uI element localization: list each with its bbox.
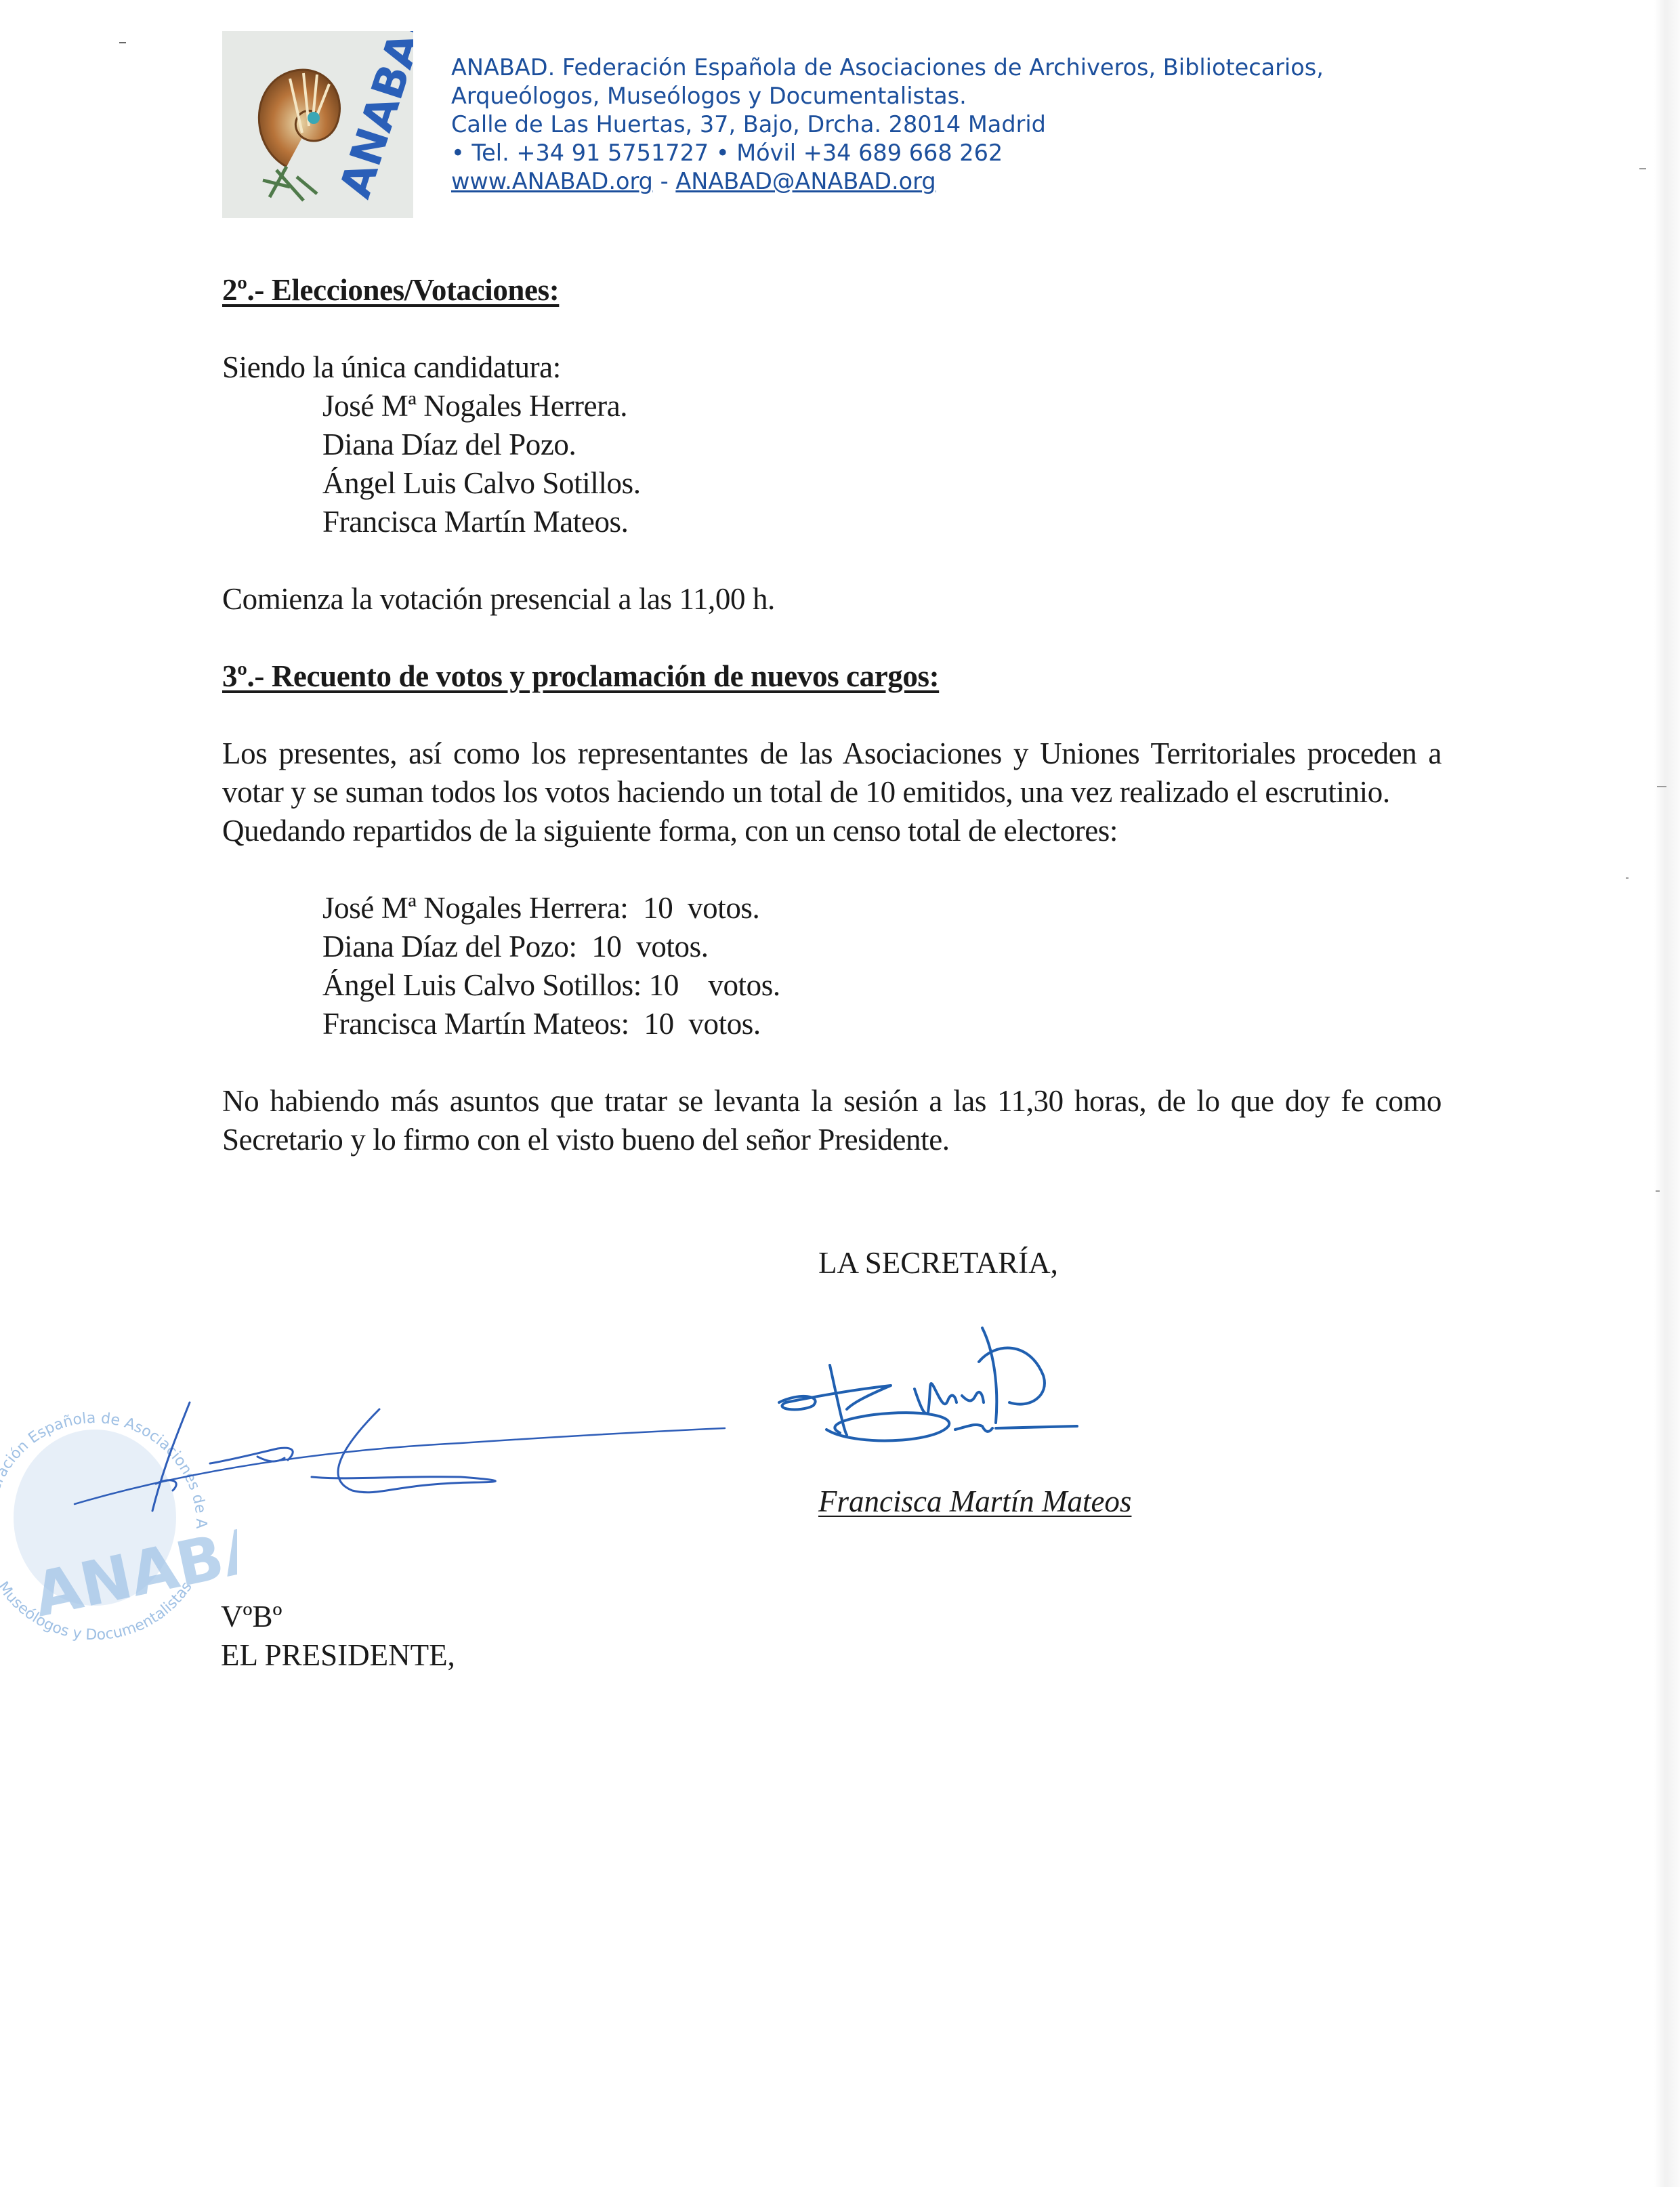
anabad-logo: ANABAD xyxy=(222,31,413,218)
result-row: José Mª Nogales Herrera: 10 votos. xyxy=(322,889,1442,928)
org-name-cont: Arqueólogos, Museólogos y Documentalista… xyxy=(451,82,1324,110)
org-address: Calle de Las Huertas, 37, Bajo, Drcha. 2… xyxy=(451,110,1324,139)
result-votes: 10 xyxy=(591,930,621,963)
scan-speck xyxy=(1656,1190,1660,1192)
result-unit: votos. xyxy=(708,968,780,1002)
result-votes: 10 xyxy=(644,1007,673,1041)
org-phones: • Tel. +34 91 5751727 • Móvil +34 689 66… xyxy=(451,139,1324,167)
section-heading: 2º.- Elecciones/Votaciones: xyxy=(222,271,1442,310)
vobo-label: VºBº xyxy=(221,1598,455,1636)
closing-paragraph: No habiendo más asuntos que tratar se le… xyxy=(222,1082,1442,1159)
results-list: José Mª Nogales Herrera: 10 votos. Diana… xyxy=(222,889,1442,1043)
scan-speck xyxy=(1657,786,1666,787)
vote-count-paragraph: Los presentes, así como los representant… xyxy=(222,734,1442,812)
website-link[interactable]: www.ANABAD.org xyxy=(451,168,653,194)
scan-edge xyxy=(1654,0,1680,2187)
email-link[interactable]: ANABAD@ANABAD.org xyxy=(675,168,936,194)
result-unit: votos. xyxy=(636,930,708,963)
candidacy-intro: Siendo la única candidatura: xyxy=(222,348,1442,387)
voting-start: Comienza la votación presencial a las 11… xyxy=(222,580,1442,619)
result-name: Ángel Luis Calvo Sotillos: xyxy=(322,968,642,1002)
link-separator: - xyxy=(653,168,675,194)
result-row: Ángel Luis Calvo Sotillos: 10 votos. xyxy=(322,966,1442,1005)
result-unit: votos. xyxy=(688,891,759,925)
presidente-title: EL PRESIDENTE, xyxy=(221,1636,455,1675)
minutes-body: 2º.- Elecciones/Votaciones: Siendo la ún… xyxy=(222,271,1442,1159)
secretaria-signature xyxy=(759,1301,1138,1457)
secretaria-name: Francisca Martín Mateos xyxy=(818,1484,1131,1519)
org-links: www.ANABAD.org - ANABAD@ANABAD.org xyxy=(451,167,1324,196)
org-name: ANABAD. Federación Española de Asociacio… xyxy=(451,54,1324,82)
letterhead-text: ANABAD. Federación Española de Asociacio… xyxy=(451,54,1324,196)
secretaria-title: LA SECRETARÍA, xyxy=(818,1245,1058,1280)
nautilus-shell-icon: ANABAD xyxy=(222,31,413,218)
section-heading: 3º.- Recuento de votos y proclamación de… xyxy=(222,657,1442,696)
scan-speck xyxy=(1639,168,1646,169)
scan-speck xyxy=(1626,877,1629,879)
distribution-intro: Quedando repartidos de la siguiente form… xyxy=(222,812,1442,850)
result-votes: 10 xyxy=(643,891,673,925)
section-vote-count: 3º.- Recuento de votos y proclamación de… xyxy=(222,657,1442,1159)
svg-text:ANABAD: ANABAD xyxy=(331,31,413,204)
result-unit: votos. xyxy=(688,1007,760,1041)
letterhead: ANABAD ANABAD. Federación Española de As… xyxy=(222,31,1324,218)
candidate-item: Ángel Luis Calvo Sotillos. xyxy=(322,464,1442,503)
candidate-item: Francisca Martín Mateos. xyxy=(322,503,1442,541)
presidente-signature xyxy=(54,1396,745,1518)
result-row: Diana Díaz del Pozo: 10 votos. xyxy=(322,928,1442,966)
result-name: Diana Díaz del Pozo: xyxy=(322,930,577,963)
result-row: Francisca Martín Mateos: 10 votos. xyxy=(322,1005,1442,1043)
scan-speck xyxy=(119,42,126,43)
candidate-list: José Mª Nogales Herrera. Diana Díaz del … xyxy=(222,387,1442,541)
result-name: Francisca Martín Mateos: xyxy=(322,1007,629,1041)
section-elections: 2º.- Elecciones/Votaciones: Siendo la ún… xyxy=(222,271,1442,619)
candidate-item: Diana Díaz del Pozo. xyxy=(322,425,1442,464)
presidente-block: VºBº EL PRESIDENTE, xyxy=(221,1598,455,1675)
result-votes: 10 xyxy=(649,968,679,1002)
result-name: José Mª Nogales Herrera: xyxy=(322,891,628,925)
candidate-item: José Mª Nogales Herrera. xyxy=(322,387,1442,425)
